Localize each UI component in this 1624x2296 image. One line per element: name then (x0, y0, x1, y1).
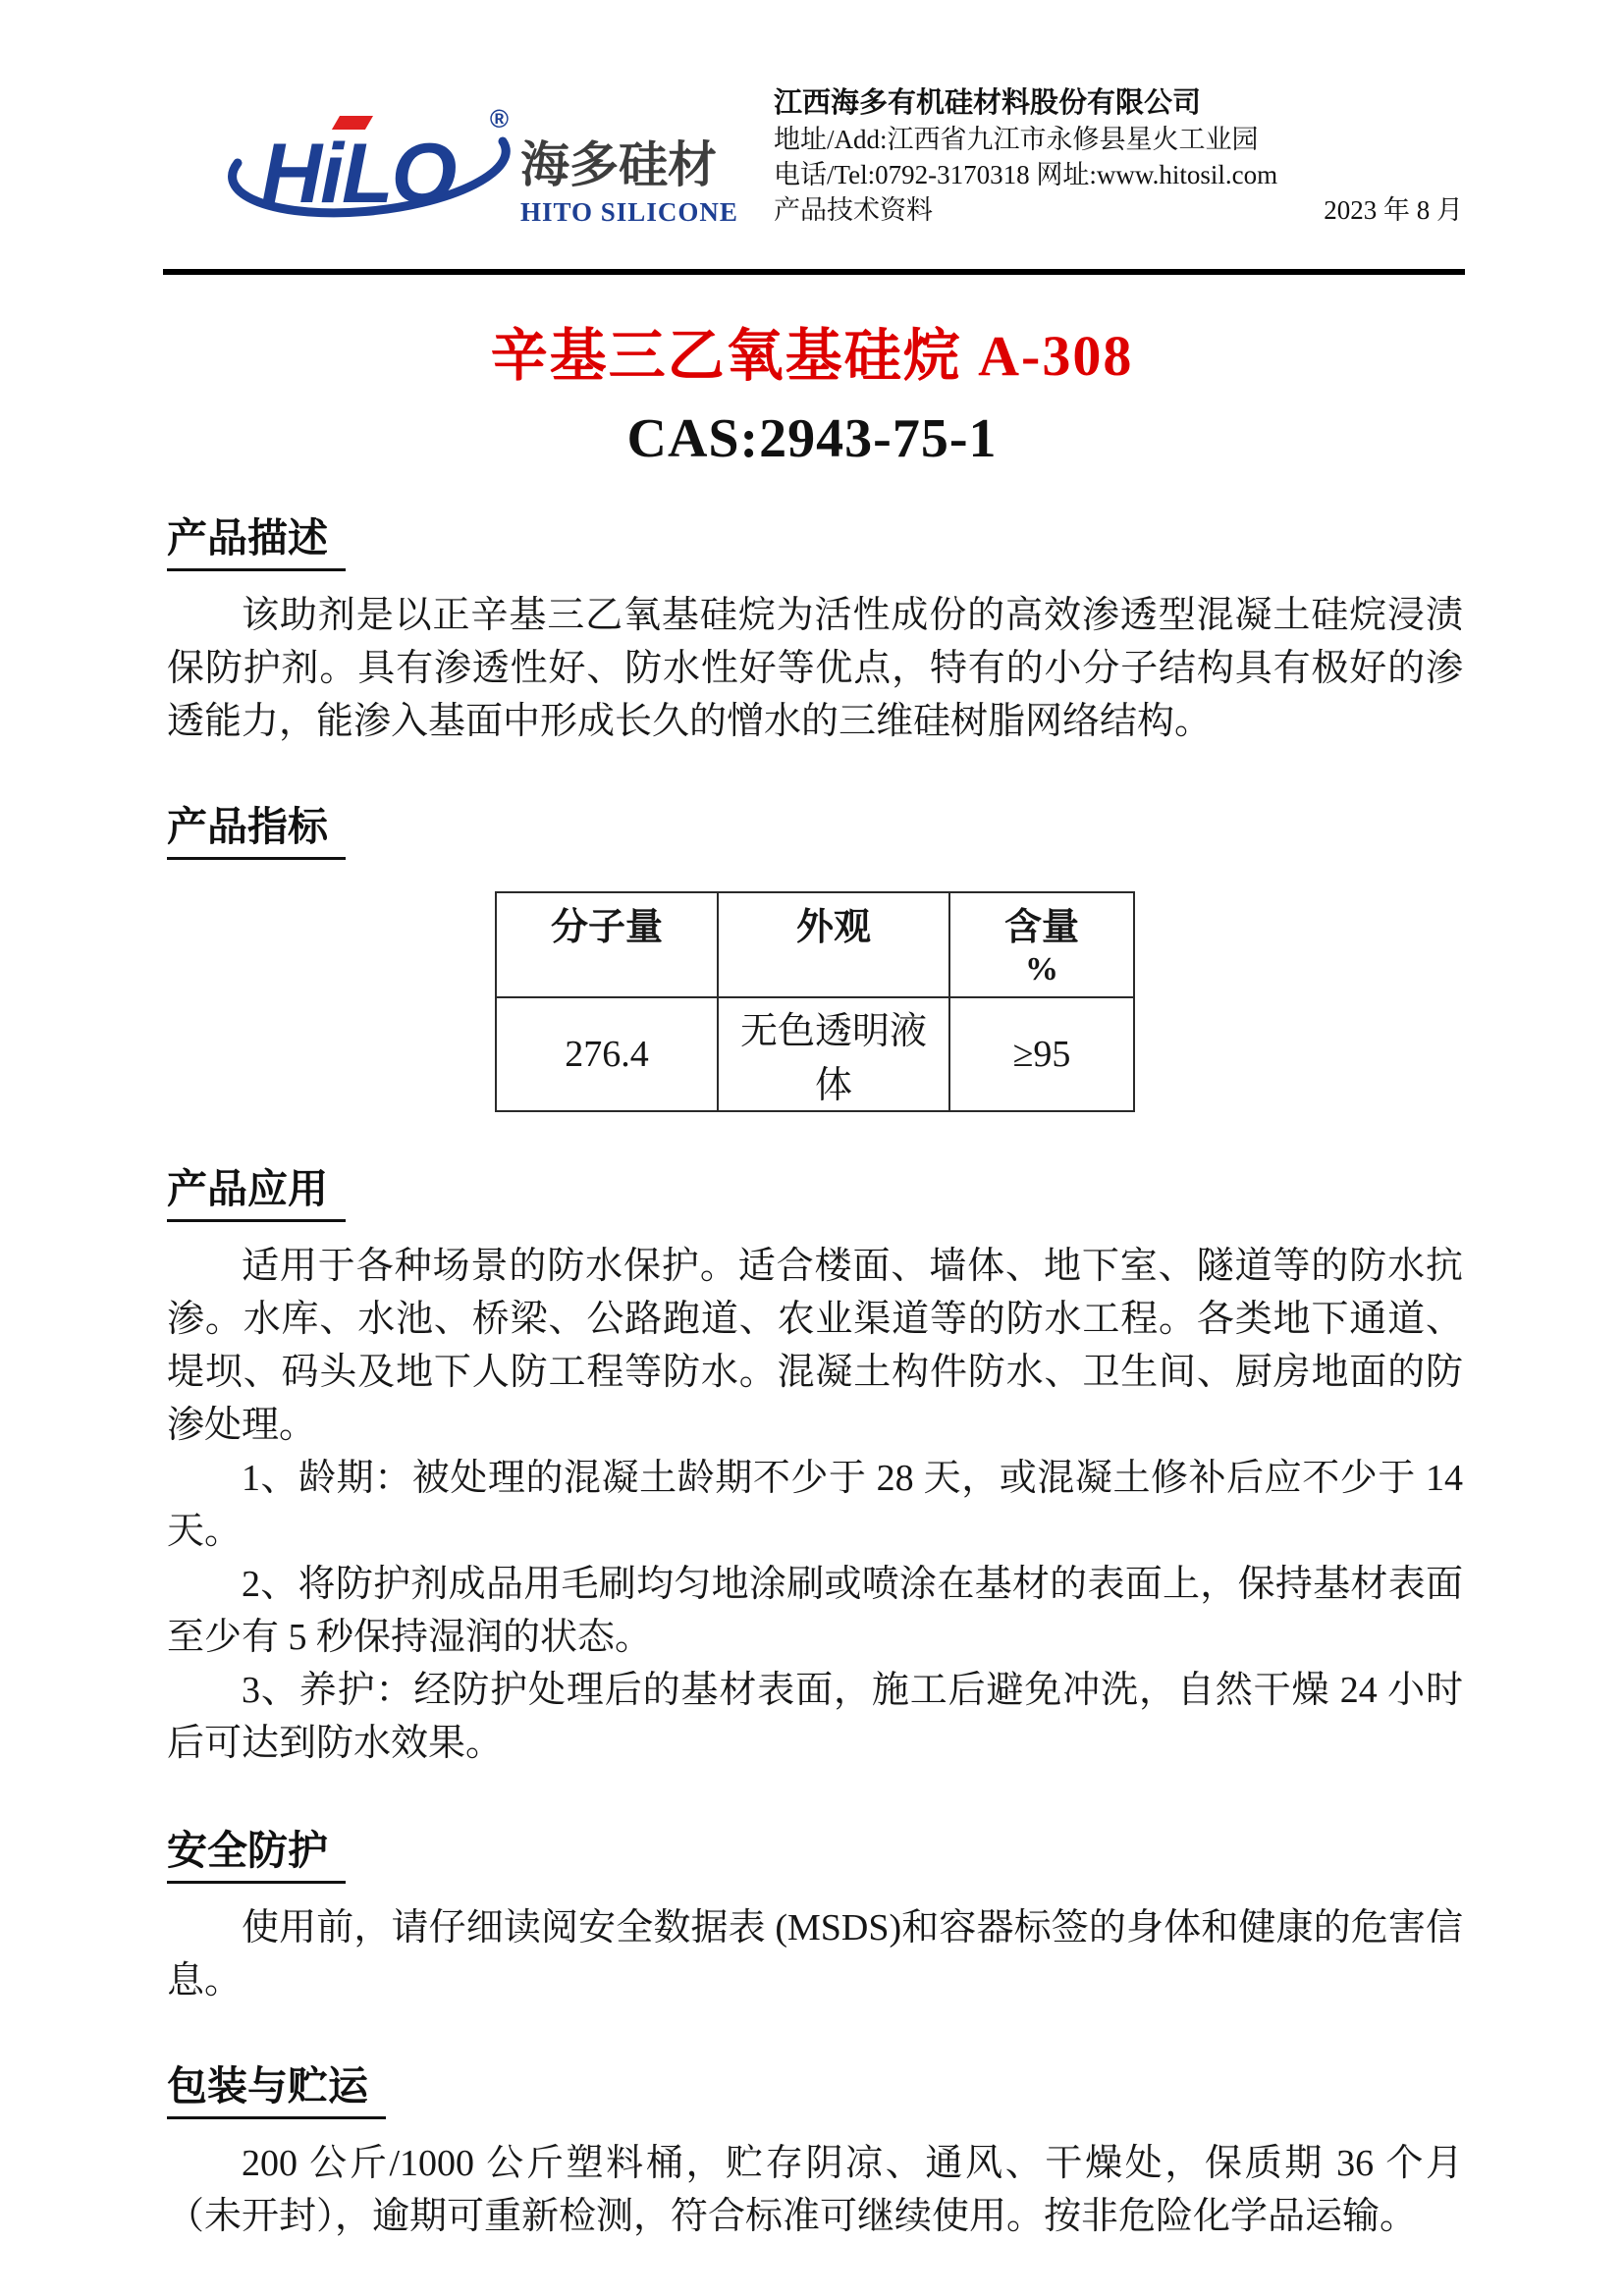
section-heading-safety: 安全防护 (167, 1827, 1463, 1884)
applications-intro: 适用于各种场景的防水保护。适合楼面、墙体、地下室、隧道等的防水抗渗。水库、水池、… (167, 1240, 1463, 1452)
packing-paragraph: 200 公斤/1000 公斤塑料桶，贮存阴凉、通风、干燥处，保质期 36 个月（… (167, 2137, 1463, 2243)
logo-names: 海多硅材 HITO SILICONE (513, 137, 738, 230)
section-heading-description: 产品描述 (167, 514, 1463, 571)
company-info: 江西海多有机硅材料股份有限公司 地址/Add:江西省九江市永修县星火工业园 电话… (774, 84, 1463, 228)
col-header-molecular-weight: 分子量 (496, 892, 718, 997)
company-logo: HiLO ® 海多硅材 HITO SILICONE (167, 84, 774, 230)
section-heading-specs: 产品指标 (167, 803, 1463, 860)
application-item-3: 3、养护：经防护处理后的基材表面，施工后避免冲洗，自然干燥 24 小时后可达到防… (167, 1664, 1463, 1770)
doc-type-label: 产品技术资料 (774, 192, 933, 228)
cell-appearance: 无色透明液体 (718, 997, 949, 1111)
company-address: 地址/Add:江西省九江市永修县星火工业园 (774, 122, 1463, 157)
company-tel-web: 电话/Tel:0792-3170318 网址:www.hitosil.com (774, 157, 1463, 192)
section-heading-packing: 包装与贮运 (167, 2062, 1463, 2119)
logo-swoosh-icon: HiLO (218, 104, 513, 230)
spec-table-header-row: 分子量 外观 含量 % (496, 892, 1134, 997)
company-name: 江西海多有机硅材料股份有限公司 (774, 84, 1463, 122)
header-divider (163, 269, 1465, 275)
document-body: 产品描述 该助剂是以正辛基三乙氧基硅烷为活性成份的高效渗透型混凝土硅烷浸渍保防护… (0, 514, 1624, 2243)
page-header: HiLO ® 海多硅材 HITO SILICONE 江西海多有机硅材料股份有限公… (0, 0, 1624, 230)
doc-meta-line: 产品技术资料 2023 年 8 月 (774, 192, 1463, 228)
description-paragraph: 该助剂是以正辛基三乙氧基硅烷为活性成份的高效渗透型混凝土硅烷浸渍保防护剂。具有渗… (167, 589, 1463, 748)
document-page: { "header": { "logo": { "brand": "HiLO",… (0, 0, 1624, 2296)
safety-paragraph: 使用前，请仔细读阅安全数据表 (MSDS)和容器标签的身体和健康的危害信息。 (167, 1901, 1463, 2007)
spec-table-data-row: 276.4 无色透明液体 ≥95 (496, 997, 1134, 1111)
logo-cn-name: 海多硅材 (520, 137, 738, 192)
col-header-content: 含量 % (949, 892, 1134, 997)
registered-trademark-icon: ® (490, 104, 509, 134)
cas-number: CAS:2943-75-1 (0, 408, 1624, 469)
doc-date: 2023 年 8 月 (1324, 192, 1463, 228)
cell-molecular-weight: 276.4 (496, 997, 718, 1111)
section-heading-applications: 产品应用 (167, 1165, 1463, 1222)
col-header-appearance: 外观 (718, 892, 949, 997)
logo-brand-text: HiLO (261, 127, 457, 221)
logo-en-name: HITO SILICONE (520, 197, 738, 228)
application-item-2: 2、将防护剂成品用毛刷均匀地涂刷或喷涂在基材的表面上，保持基材表面至少有 5 秒… (167, 1558, 1463, 1664)
hito-logo-icon: HiLO ® (218, 104, 513, 230)
spec-table: 分子量 外观 含量 % 276.4 无色透明液体 ≥95 (495, 891, 1135, 1112)
product-title: 辛基三乙氧基硅烷 A-308 (0, 326, 1624, 387)
application-item-1: 1、龄期：被处理的混凝土龄期不少于 28 天，或混凝土修补后应不少于 14 天。 (167, 1452, 1463, 1558)
cell-content: ≥95 (949, 997, 1134, 1111)
content-unit: % (951, 950, 1132, 989)
